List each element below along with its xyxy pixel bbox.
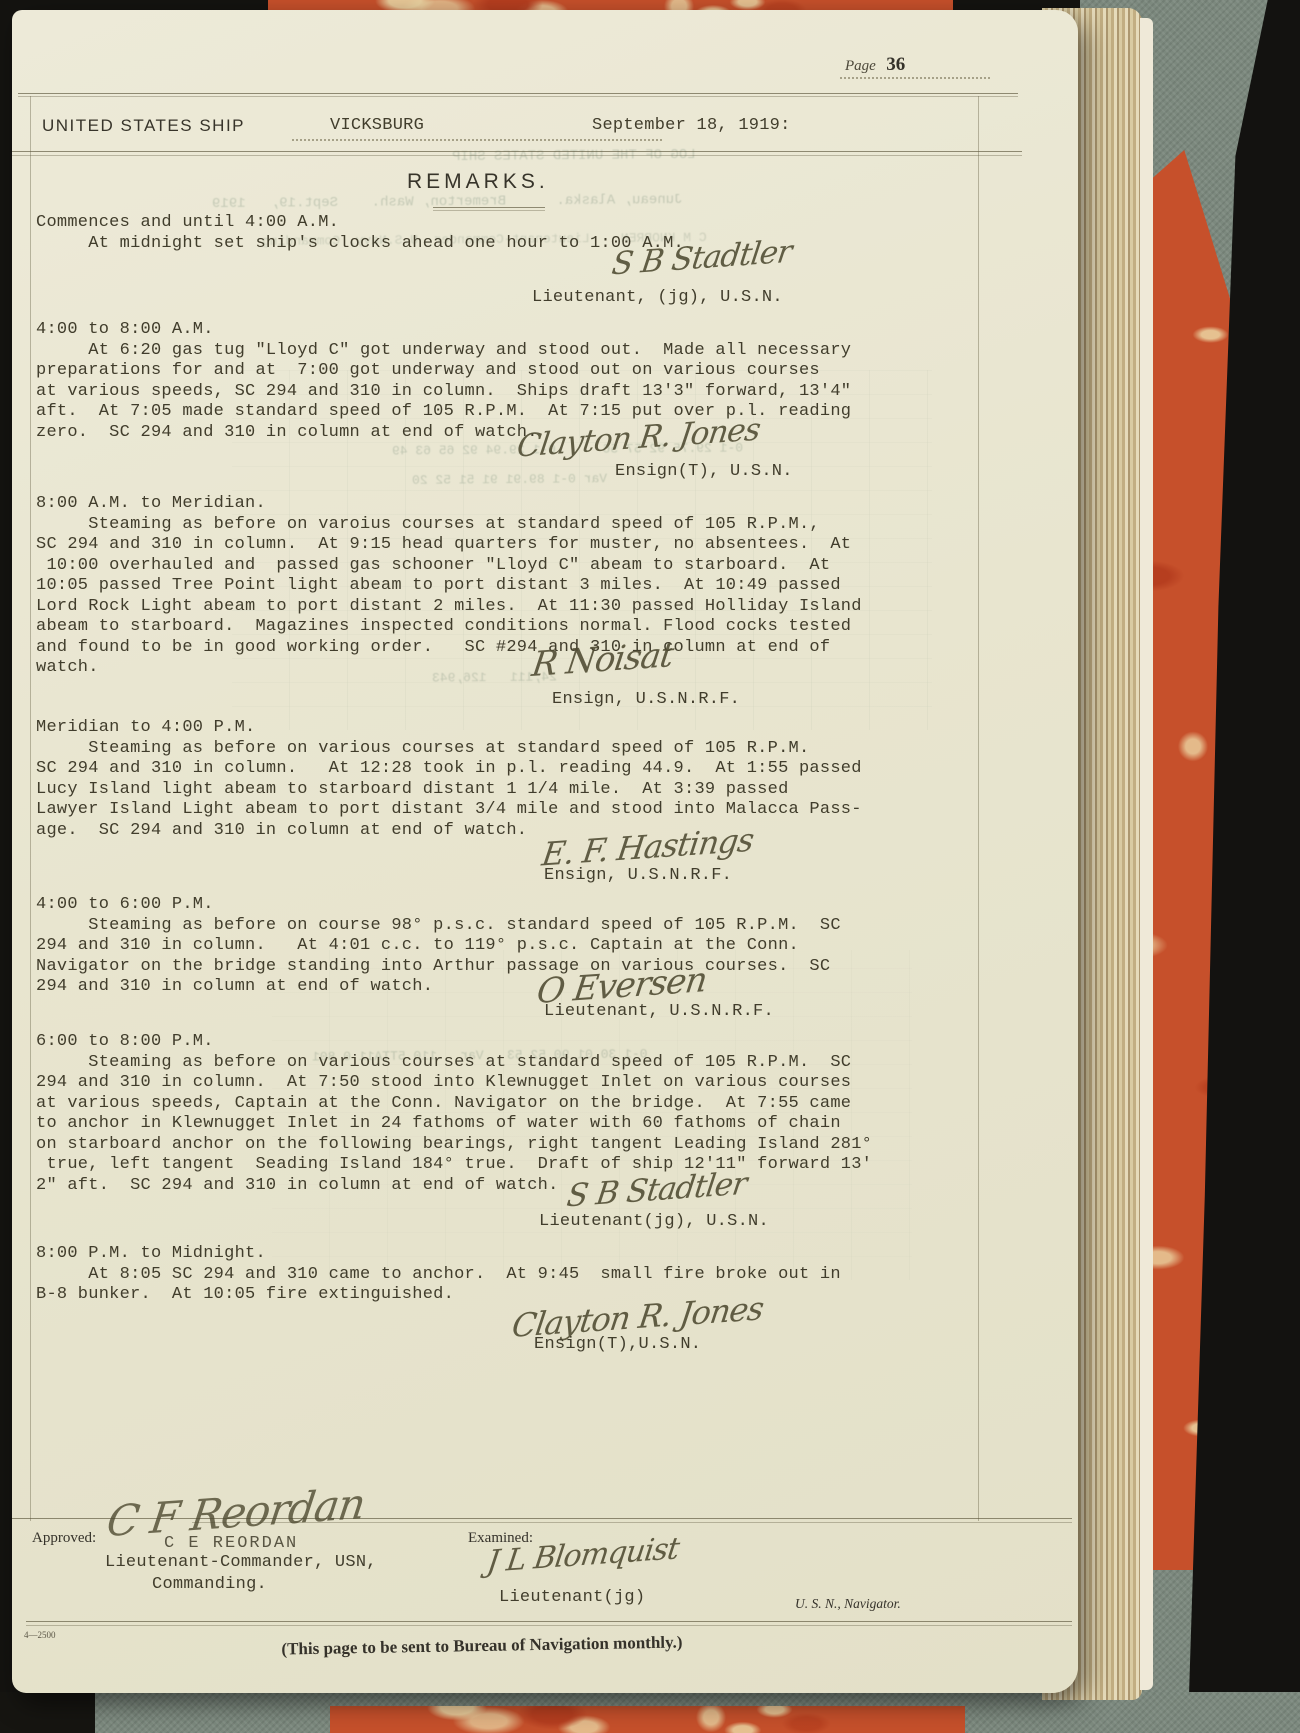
bleedthrough-text: LOG OF THE UNITED STATES SHIP [452, 147, 696, 165]
examined-rank: Lieutenant(jg) [499, 1588, 645, 1609]
remarks-underline-2 [433, 210, 545, 211]
watch-officer-rank: Lieutenant, U.S.N.R.F. [544, 1002, 774, 1023]
ship-name-dotted-line [292, 138, 662, 141]
remarks-title: REMARKS. [407, 170, 549, 194]
rule-bottom-2 [26, 1625, 1072, 1626]
watch-heading: 8:00 A.M. to Meridian. [36, 494, 1046, 515]
form-number: 4—2500 [24, 1630, 56, 1640]
page-number: 36 [886, 54, 905, 75]
watch-section-8pm-midnight: 8:00 P.M. to Midnight. At 8:05 SC 294 an… [36, 1244, 1046, 1306]
rule-bottom [26, 1621, 1072, 1622]
watch-section-6-to-8pm: 6:00 to 8:00 P.M. Steaming as before on … [36, 1032, 1046, 1196]
watch-section-4-to-8am: 4:00 to 8:00 A.M. At 6:20 gas tug "Lloyd… [36, 320, 1046, 443]
watch-officer-rank: Lieutenant(jg), U.S.N. [539, 1212, 769, 1233]
watch-body: At midnight set ship's clocks ahead one … [36, 234, 1046, 255]
approved-signature: C F Reordan [104, 1479, 368, 1547]
watch-officer-rank: Ensign(T),U.S.N. [534, 1335, 701, 1356]
marbled-endpaper-bottom [330, 1706, 965, 1733]
watch-section-midnight: Commences and until 4:00 A.M. At midnigh… [36, 213, 1046, 254]
footer-note: (This page to be sent to Bureau of Navig… [152, 1630, 812, 1662]
page-number-block: Page 36 [845, 54, 905, 76]
watch-body: At 8:05 SC 294 and 310 came to anchor. A… [36, 1265, 1046, 1306]
ship-name: VICKSBURG [330, 116, 424, 137]
watch-section-meridian-4pm: Meridian to 4:00 P.M. Steaming as before… [36, 718, 1046, 841]
frame-left [30, 96, 31, 1521]
page-number-dotted-line [840, 76, 990, 79]
watch-body: Steaming as before on various courses at… [36, 1053, 1046, 1197]
watch-heading: 8:00 P.M. to Midnight. [36, 1244, 1046, 1265]
page-stack-sliver [1140, 18, 1153, 1690]
cover-dark-bottom-left [0, 1692, 95, 1733]
watch-heading: 4:00 to 6:00 P.M. [36, 895, 1046, 916]
watch-body: Steaming as before on various courses at… [36, 739, 1046, 842]
log-date: September 18, 1919: [592, 116, 791, 137]
page-label: Page [845, 58, 876, 74]
watch-heading: Commences and until 4:00 A.M. [36, 213, 1046, 234]
ship-label: UNITED STATES SHIP [42, 116, 245, 136]
watch-heading: 6:00 to 8:00 P.M. [36, 1032, 1046, 1053]
approved-label: Approved: [32, 1530, 96, 1547]
watch-officer-rank: Lieutenant, (jg), U.S.N. [532, 288, 783, 309]
log-sheet: LOG OF THE UNITED STATES SHIP Juneau, Al… [12, 10, 1078, 1693]
rule-top-2 [18, 96, 1018, 97]
approved-rank: Lieutenant-Commander, USN, [105, 1553, 377, 1574]
watch-heading: Meridian to 4:00 P.M. [36, 718, 1046, 739]
watch-heading: 4:00 to 8:00 A.M. [36, 320, 1046, 341]
rule-top [18, 93, 1018, 94]
rule-under-header [12, 151, 1022, 152]
watch-officer-rank: Ensign, U.S.N.R.F. [552, 690, 740, 711]
watch-officer-rank: Ensign, U.S.N.R.F. [544, 866, 732, 887]
rule-under-header-2 [12, 155, 1022, 156]
navigator-note: U. S. N., Navigator. [795, 1596, 901, 1612]
watch-officer-rank: Ensign(T), U.S.N. [615, 462, 793, 483]
approved-title: Commanding. [152, 1575, 267, 1596]
bleedthrough-text: Var 0-1 89.91 91 51 52 20 [412, 471, 607, 488]
remarks-underline [433, 207, 545, 208]
logbook-photo: LOG OF THE UNITED STATES SHIP Juneau, Al… [0, 0, 1300, 1733]
